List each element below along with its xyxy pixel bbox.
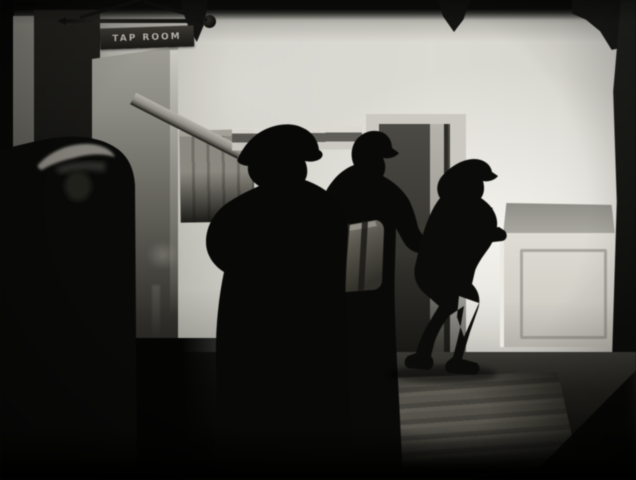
shadowed-face-hint	[65, 171, 91, 201]
running-man-floor-shadow	[389, 365, 497, 383]
film-frame: TAP ROOM	[0, 0, 636, 480]
figure-running-man	[405, 159, 498, 375]
figures-layer	[0, 0, 636, 480]
foreground-bottom-shadow	[0, 428, 636, 480]
figure-man-bowler-hat	[206, 124, 353, 480]
scene: TAP ROOM	[0, 0, 636, 480]
